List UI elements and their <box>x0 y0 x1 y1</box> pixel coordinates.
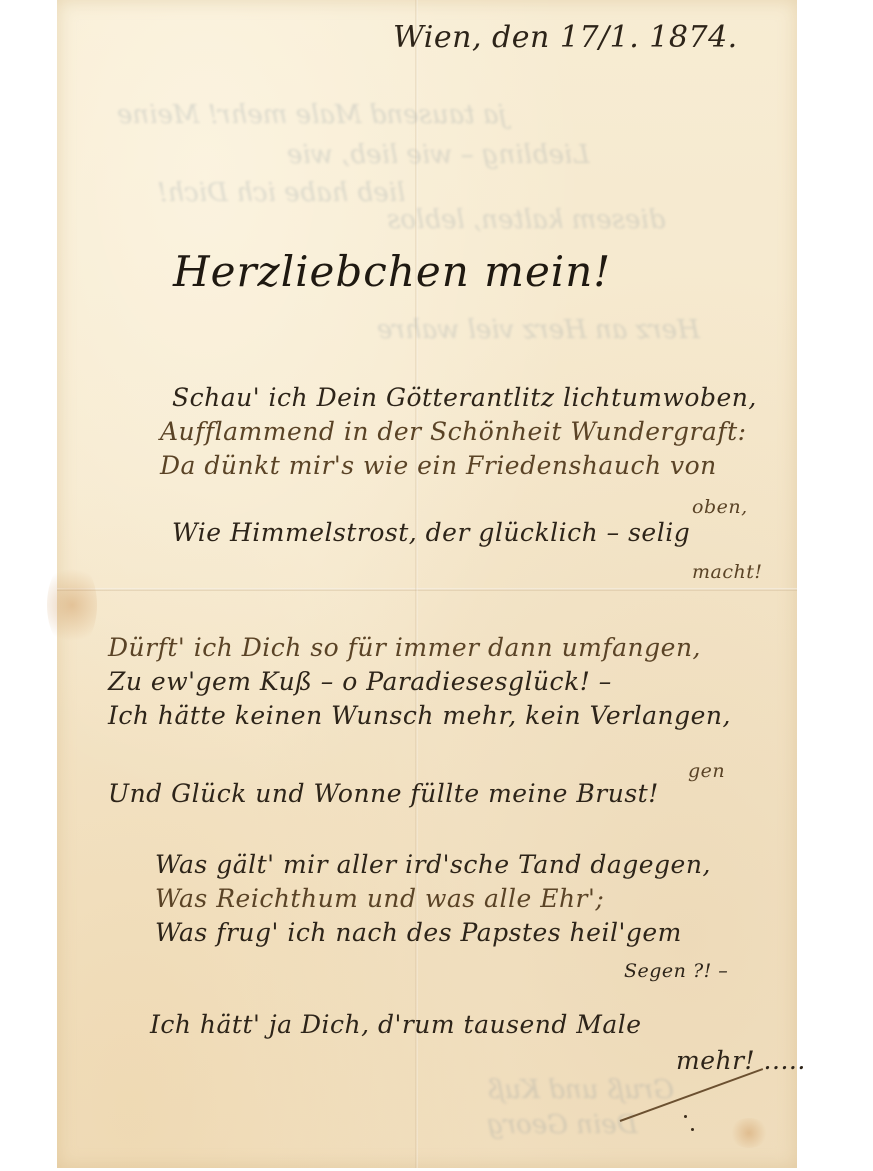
poem-line: Wie Himmelstrost, der glücklich – selig <box>172 518 690 547</box>
poem-line-correction: gen <box>688 760 725 782</box>
letter-page: ja tausend Male mehr! Meine Liebling – w… <box>57 0 797 1168</box>
paper-stain <box>729 1118 769 1148</box>
show-through-text: Dein Georg <box>487 1110 637 1140</box>
poem-line: Was frug' ich nach des Papstes heil'gem <box>155 918 682 947</box>
show-through-text: ja tausend Male mehr! Meine <box>117 100 506 130</box>
poem-line: Was Reichthum und was alle Ehr'; <box>155 884 604 913</box>
poem-line: Aufflammend in der Schönheit Wundergraft… <box>160 417 747 446</box>
paper-stain <box>47 560 97 650</box>
poem-line: Schau' ich Dein Götterantlitz lichtumwob… <box>172 383 757 412</box>
show-through-text: Gruß und Kuß <box>487 1075 674 1105</box>
poem-line: Ich hätte keinen Wunsch mehr, kein Verla… <box>108 701 731 730</box>
show-through-text: lieb habe ich Dich! <box>157 178 405 208</box>
ink-dot <box>684 1115 687 1118</box>
poem-line: Ich hätt' ja Dich, d'rum tausend Male <box>150 1010 642 1039</box>
poem-line: Was gält' mir aller ird'sche Tand dagege… <box>155 850 711 879</box>
poem-line: Zu ew'gem Kuß – o Paradiesesglück! – <box>108 667 612 696</box>
ink-dot <box>691 1128 694 1131</box>
show-through-text: Liebling – wie lieb, wie <box>287 140 590 170</box>
horizontal-fold-crease <box>57 588 797 591</box>
poem-line: Da dünkt mir's wie ein Friedenshauch von <box>160 451 717 480</box>
letter-title: Herzliebchen mein! <box>173 247 611 296</box>
dateline: Wien, den 17/1. 1874. <box>393 20 738 55</box>
poem-line-continuation: oben, <box>692 496 748 518</box>
poem-line-continuation: macht! <box>692 561 763 583</box>
poem-line-continuation: Segen ?! – <box>624 960 728 982</box>
show-through-text: diesem kalten, leblos <box>387 205 665 235</box>
poem-line-continuation: mehr! ..... <box>676 1046 806 1075</box>
vertical-fold-crease <box>415 0 418 1168</box>
show-through-text: Herz an Herz viel wahre <box>377 315 700 345</box>
poem-line: Dürft' ich Dich so für immer dann umfang… <box>108 633 701 662</box>
poem-line: Und Glück und Wonne füllte meine Brust! <box>108 779 659 808</box>
